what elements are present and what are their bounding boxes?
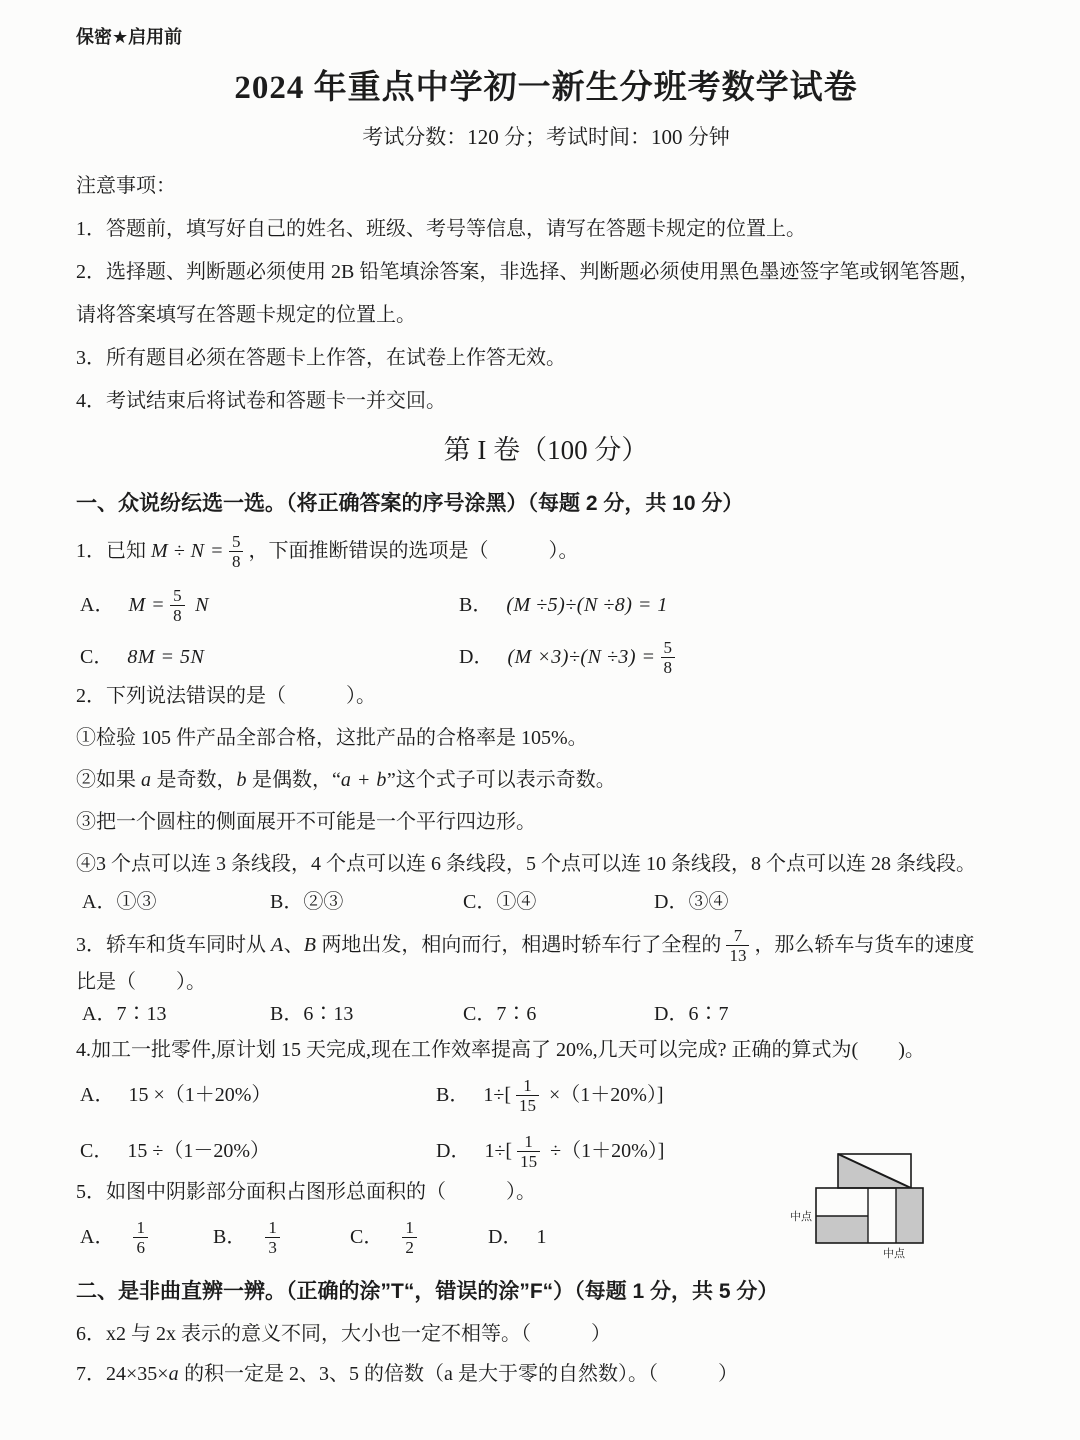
q3-text: 两地出发，相向而行，相遇时轿车行了全程的	[316, 932, 721, 958]
fraction-denominator: 8	[661, 657, 676, 677]
option-label: D．	[436, 1138, 470, 1164]
fraction-numerator: 1	[402, 1218, 417, 1237]
q2-options-row: A．①③ B．②③ C．①④ D．③④	[76, 889, 1016, 915]
option-math: 1÷[	[484, 1138, 512, 1164]
q2-item-2: ②如果 a 是奇数，b 是偶数，“a + b”这个式子可以表示奇数。	[76, 767, 1016, 793]
q1-option-b: B． (M ÷5)÷(N ÷8) = 1	[459, 579, 1016, 631]
notice-line-3: 3．所有题目必须在答题卡上作答，在试卷上作答无效。	[76, 346, 1016, 370]
option-label: B．	[213, 1224, 246, 1250]
q2-item-1: ①检验 105 件产品全部合格，这批产品的合格率是 105%。	[76, 725, 1016, 751]
shaded-bottom-left-cell	[816, 1216, 868, 1243]
q6-stem: 6．x2 与 2x 表示的意义不同，大小也一定不相等。（ ）	[76, 1321, 1016, 1347]
fraction-numerator: 1	[133, 1218, 148, 1237]
q4-option-b: B． 1÷[ 115 ×（1＋20%）]	[436, 1067, 1016, 1123]
fraction: 115	[516, 1076, 539, 1115]
q1-option-c: C． 8M = 5N	[80, 631, 459, 683]
fraction-denominator: 15	[517, 1151, 540, 1171]
fraction-numerator: 5	[170, 586, 185, 605]
option-math: 8M = 5N	[127, 644, 204, 670]
fraction-denominator: 3	[265, 1237, 280, 1257]
fraction-numerator: 1	[521, 1132, 536, 1151]
shaded-right-column	[896, 1188, 923, 1243]
option-math: M =	[128, 592, 165, 618]
q3-option-c: C．7∶6	[463, 1001, 654, 1027]
notice-line-4: 4．考试结束后将试卷和答题卡一并交回。	[76, 389, 1016, 413]
option-math: 1÷[	[483, 1082, 511, 1108]
q2-item2-text: ”这个式子可以表示奇数。	[387, 769, 616, 791]
notice-line-2b: 请将答案填写在答题卡规定的位置上。	[76, 303, 1016, 327]
q7-tail: 的积一定是 2、3、5 的倍数（a 是大于零的自然数）。（ ）	[179, 1363, 738, 1385]
q3-stem-line-2: 比是（ ）。	[76, 969, 1016, 995]
q1-option-d: D． (M ×3)÷(N ÷3) = 58	[459, 631, 1016, 683]
fraction: 13	[265, 1218, 280, 1257]
q7-stem: 7．24×35×a 的积一定是 2、3、5 的倍数（a 是大于零的自然数）。（ …	[76, 1361, 1016, 1387]
q2-stem: 2．下列说法错误的是（ ）。	[76, 683, 1016, 709]
option-label: A．	[80, 592, 114, 618]
option-label: C．	[80, 1138, 113, 1164]
fraction-numerator: 5	[661, 638, 676, 657]
q3-var-a: A	[271, 932, 284, 958]
fraction-numerator: 5	[229, 532, 244, 551]
q4-options-row-1: A． 15 ×（1＋20%） B． 1÷[ 115 ×（1＋20%）]	[76, 1067, 1016, 1123]
fraction-numerator: 1	[265, 1218, 280, 1237]
fraction-denominator: 13	[726, 945, 749, 965]
q2-item2-var-a: a	[141, 769, 152, 791]
q5-option-d: D． 1	[488, 1211, 1016, 1263]
option-label: A．	[80, 1082, 114, 1108]
option-label: A．	[80, 1224, 114, 1250]
notices-block: 注意事项： 1．答题前，填写好自己的姓名、班级、考号等信息，请写在答题卡规定的位…	[76, 174, 1016, 413]
q2-item2-var-b: b	[237, 769, 248, 791]
midpoint-label-bottom: 中点	[883, 1246, 906, 1260]
fraction-denominator: 15	[516, 1095, 539, 1115]
section2-heading: 二、是非曲直辨一辨。（正确的涂”T“，错误的涂”F“）（每题 1 分，共 5 分…	[76, 1279, 1016, 1305]
q3-var-b: B	[304, 932, 317, 958]
q2-option-a: A．①③	[82, 889, 270, 915]
q3-text: ，那么轿车与货车的速度	[754, 932, 974, 958]
q3-stem-line-1: 3．轿车和货车同时从 A、B 两地出发，相向而行，相遇时轿车行了全程的713，那…	[76, 921, 1016, 969]
fraction-numerator: 1	[520, 1076, 535, 1095]
fraction-numerator: 7	[731, 926, 746, 945]
q2-option-d: D．③④	[654, 889, 1016, 915]
exam-meta: 考试分数：120 分；考试时间：100 分钟	[76, 124, 1016, 150]
q4-option-a: A． 15 ×（1＋20%）	[80, 1067, 436, 1123]
q5-geometry-figure: 中点 中点	[788, 1147, 930, 1265]
q5-option-a: A． 16	[80, 1211, 213, 1263]
fraction-denominator: 2	[402, 1237, 417, 1257]
q5-option-b: B． 13	[213, 1211, 350, 1263]
q4-stem: 4.加工一批零件,原计划 15 天完成,现在工作效率提高了 20%,几天可以完成…	[76, 1037, 1016, 1063]
option-math: ÷（1＋20%）]	[545, 1138, 664, 1164]
option-math: 15 ÷（1－20%）	[127, 1138, 270, 1164]
q1-stem: 1．已知 M ÷ N =58，下面推断错误的选项是（ ）。	[76, 525, 1016, 577]
q2-item2-text: ②如果	[76, 769, 141, 791]
q3-options-row: A．7∶13 B．6∶13 C．7∶6 D．6∶7	[76, 1001, 1016, 1027]
option-label: D．	[459, 644, 493, 670]
fraction-denominator: 8	[229, 551, 244, 571]
q3-text: 3．轿车和货车同时从	[76, 932, 271, 958]
fraction-denominator: 8	[170, 605, 185, 625]
q1-options-row-1: A． M = 58 N B． (M ÷5)÷(N ÷8) = 1	[76, 579, 1016, 631]
option-label: C．	[350, 1224, 383, 1250]
part1-heading: 第 I 卷（100 分）	[76, 433, 1016, 467]
fraction: 58	[170, 586, 185, 625]
q2-item2-text: 是奇数，	[152, 769, 237, 791]
q4-option-c: C． 15 ÷（1－20%）	[80, 1123, 436, 1179]
geometry-figure-svg: 中点 中点	[788, 1147, 930, 1265]
notice-line-2: 2．选择题、判断题必须使用 2B 铅笔填涂答案，非选择、判断题必须使用黑色墨迹签…	[76, 260, 1016, 284]
q2-option-b: B．②③	[270, 889, 463, 915]
fraction: 115	[517, 1132, 540, 1171]
option-math: (M ÷5)÷(N ÷8) = 1	[506, 592, 668, 618]
q7-number: 7．	[76, 1363, 106, 1385]
notices-heading: 注意事项：	[76, 174, 1016, 198]
q7-expression: 24×35×	[106, 1363, 169, 1385]
q7-var-a: a	[169, 1363, 180, 1385]
option-math: (M ×3)÷(N ÷3) =	[507, 644, 655, 670]
q3-text: 、	[284, 932, 304, 958]
q5-option-c: C． 12	[350, 1211, 488, 1263]
midpoint-label-left: 中点	[790, 1209, 813, 1223]
q1-tail: ，下面推断错误的选项是（ ）。	[248, 538, 578, 564]
q2-item2-expression: a + b	[341, 769, 387, 791]
q3-option-b: B．6∶13	[270, 1001, 463, 1027]
option-math: ×（1＋20%）]	[544, 1082, 664, 1108]
fraction: 58	[229, 532, 244, 571]
q1-options-row-2: C． 8M = 5N D． (M ×3)÷(N ÷3) = 58	[76, 631, 1016, 683]
option-math: N	[190, 592, 209, 618]
fraction: 16	[133, 1218, 148, 1257]
option-math: 15 ×（1＋20%）	[128, 1082, 271, 1108]
q1-lead: 已知	[106, 538, 151, 564]
q2-option-c: C．①④	[463, 889, 654, 915]
exam-title: 2024 年重点中学初一新生分班考数学试卷	[76, 68, 1016, 108]
q2-item-3: ③把一个圆柱的侧面展开不可能是一个平行四边形。	[76, 809, 1016, 835]
option-label: B．	[436, 1082, 469, 1108]
option-label: D．	[488, 1224, 522, 1250]
q2-item2-text: 是偶数，“	[247, 769, 341, 791]
exam-page: 保密★启用前 2024 年重点中学初一新生分班考数学试卷 考试分数：120 分；…	[0, 0, 1080, 1440]
q1-number: 1．	[76, 538, 106, 564]
classification-label: 保密★启用前	[76, 26, 1016, 48]
fraction: 58	[661, 638, 676, 677]
fraction: 12	[402, 1218, 417, 1257]
option-label: C．	[80, 644, 113, 670]
q1-option-a: A． M = 58 N	[80, 579, 459, 631]
notice-line-1: 1．答题前，填写好自己的姓名、班级、考号等信息，请写在答题卡规定的位置上。	[76, 217, 1016, 241]
fraction: 713	[726, 926, 749, 965]
fraction-denominator: 6	[133, 1237, 148, 1257]
q5-block: 5．如图中阴影部分面积占图形总面积的（ ）。 A． 16 B． 13 C． 12…	[76, 1179, 1016, 1263]
section1-heading: 一、众说纷纭选一选。（将正确答案的序号涂黑）（每题 2 分，共 10 分）	[76, 491, 1016, 517]
q3-option-d: D．6∶7	[654, 1001, 1016, 1027]
option-value: 1	[536, 1224, 546, 1250]
q1-expression: M ÷ N =	[151, 538, 224, 564]
q2-item-4: ④3 个点可以连 3 条线段，4 个点可以连 6 条线段，5 个点可以连 10 …	[76, 851, 1016, 877]
q3-option-a: A．7∶13	[82, 1001, 270, 1027]
option-label: B．	[459, 592, 492, 618]
